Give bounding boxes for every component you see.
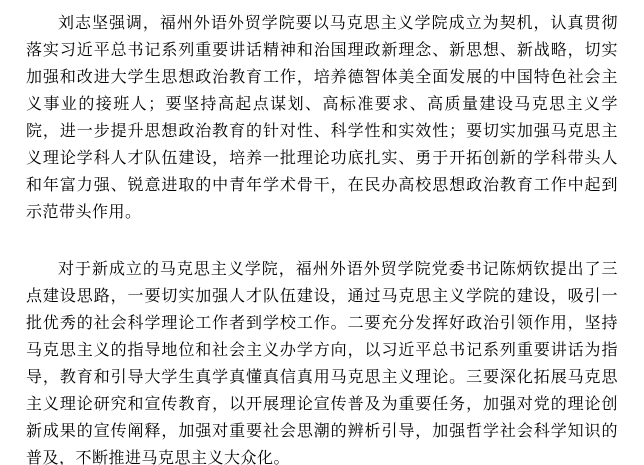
article-body: 刘志坚强调，福州外语外贸学院要以马克思主义学院成立为契机，认真贯彻落实习近平总书… bbox=[26, 10, 618, 465]
paragraph-chen-bingqin-three-points: 对于新成立的马克思主义学院，福州外语外贸学院党委书记陈炳钦提出了三点建设思路，一… bbox=[26, 256, 618, 465]
document-page: 刘志坚强调，福州外语外贸学院要以马克思主义学院成立为契机，认真贯彻落实习近平总书… bbox=[0, 0, 644, 465]
paragraph-liu-zhijian-remarks: 刘志坚强调，福州外语外贸学院要以马克思主义学院成立为契机，认真贯彻落实习近平总书… bbox=[26, 10, 618, 226]
